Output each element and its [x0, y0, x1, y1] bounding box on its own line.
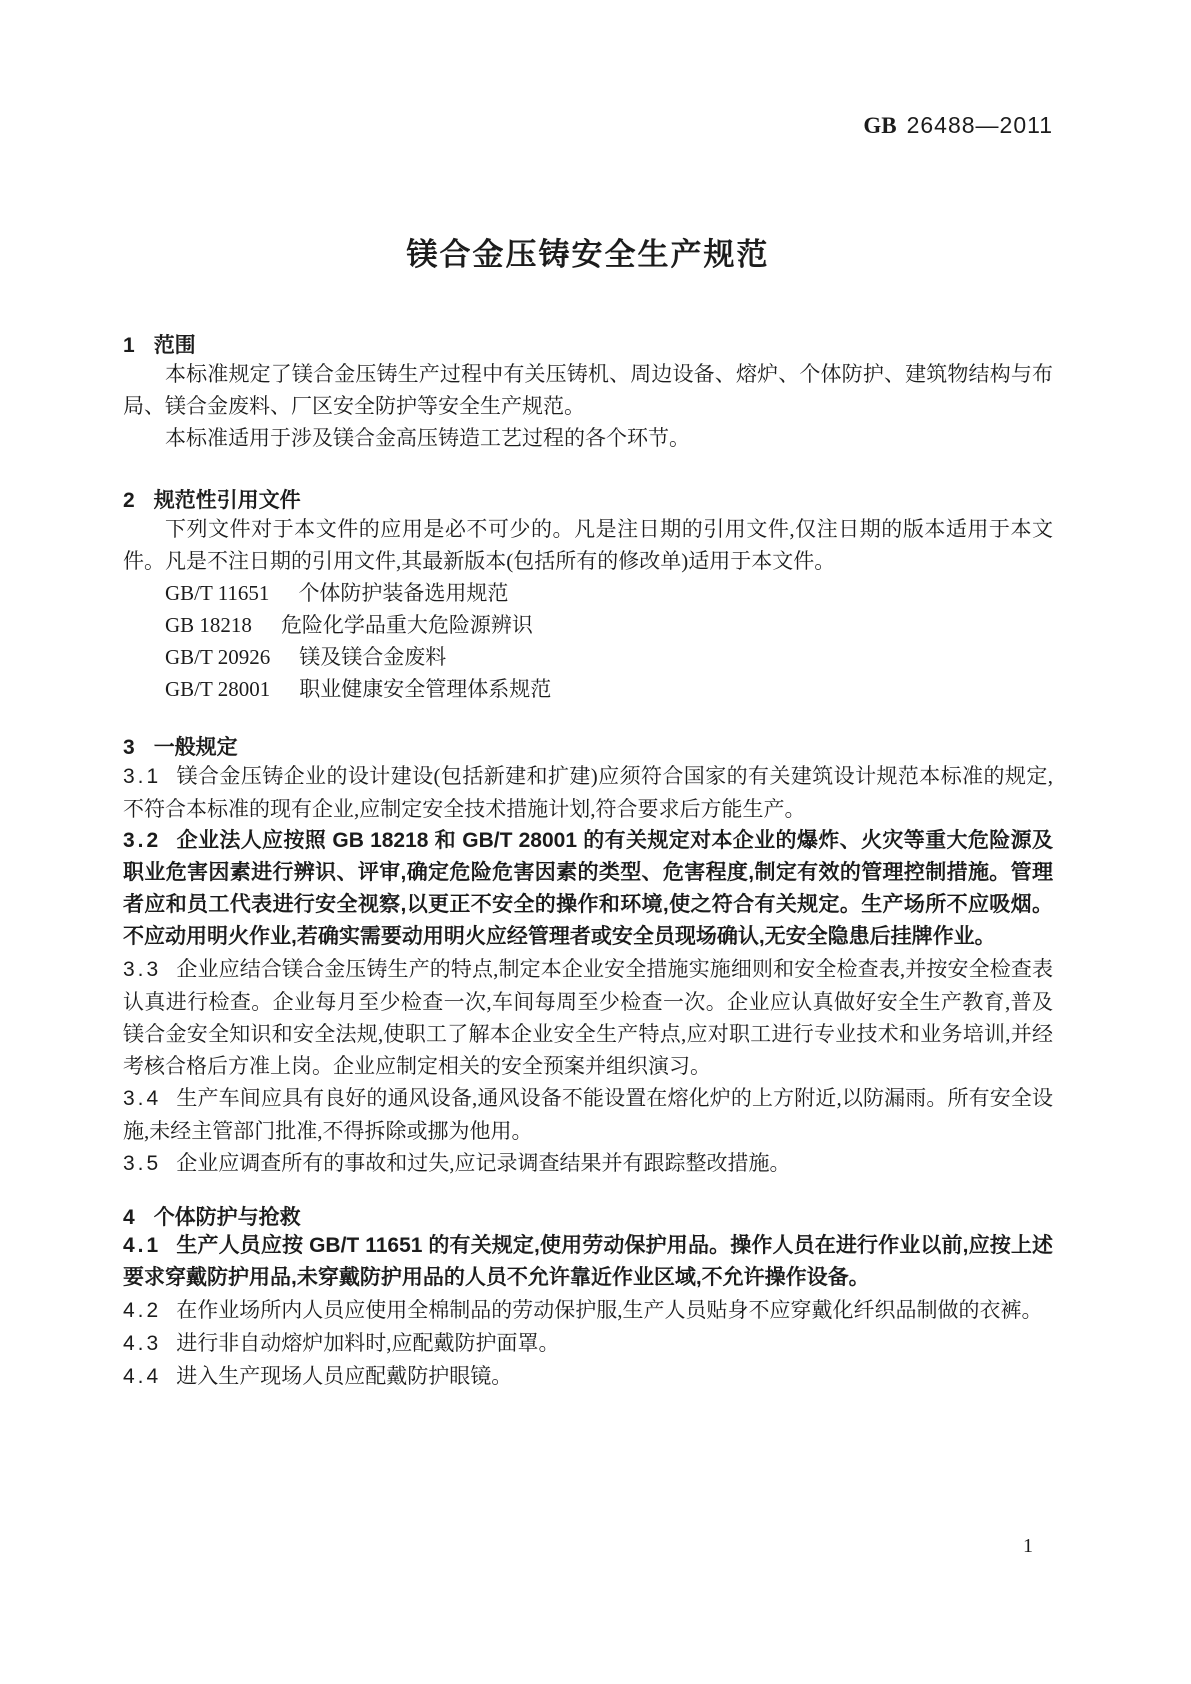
section-title: 一般规定	[154, 736, 238, 759]
clause-number: 4.3	[123, 1332, 161, 1355]
clause-number: 3.5	[123, 1152, 161, 1175]
clause-text: 企业法人应按照 GB 18218 和 GB/T 28001 的有关规定对本企业的…	[123, 829, 1053, 948]
section-number: 4	[123, 1206, 135, 1229]
clause-3-5: 3.5企业应调查所有的事故和过失,应记录调查结果并有跟踪整改措施。	[123, 1147, 1053, 1180]
standard-code-number: 26488—2011	[907, 112, 1053, 138]
clause-4-4: 4.4进入生产现场人员应配戴防护眼镜。	[123, 1360, 1053, 1393]
section-heading-personal-protection: 4个体防护与抢救	[123, 1206, 1053, 1230]
section-title: 规范性引用文件	[154, 489, 301, 512]
reference-title: 镁及镁合金废料	[299, 645, 446, 669]
reference-title: 个体防护装备选用规范	[298, 581, 508, 605]
clause-3-1: 3.1镁合金压铸企业的设计建设(包括新建和扩建)应须符合国家的有关建筑设计规范本…	[123, 760, 1053, 825]
reference-title: 职业健康安全管理体系规范	[299, 677, 551, 701]
reference-item: GB/T 11651个体防护装备选用规范	[123, 577, 1053, 609]
page-content: GB26488—2011 镁合金压铸安全生产规范 1范围 本标准规定了镁合金压铸…	[0, 0, 1191, 1684]
clause-number: 3.3	[123, 958, 161, 981]
clause-3-2: 3.2企业法人应按照 GB 18218 和 GB/T 28001 的有关规定对本…	[123, 825, 1053, 953]
clause-4-2: 4.2在作业场所内人员应使用全棉制品的劳动保护服,生产人员贴身不应穿戴化纤织品制…	[123, 1294, 1053, 1327]
reference-code: GB/T 28001	[165, 677, 270, 701]
section-number: 2	[123, 489, 135, 512]
document-title: 镁合金压铸安全生产规范	[123, 233, 1053, 277]
clause-3-4: 3.4生产车间应具有良好的通风设备,通风设备不能设置在熔化炉的上方附近,以防漏雨…	[123, 1082, 1053, 1147]
clause-number: 3.4	[123, 1087, 161, 1110]
clause-text: 镁合金压铸企业的设计建设(包括新建和扩建)应须符合国家的有关建筑设计规范本标准的…	[123, 764, 1053, 821]
document-page: GB26488—2011 镁合金压铸安全生产规范 1范围 本标准规定了镁合金压铸…	[0, 0, 1191, 1684]
section-title: 个体防护与抢救	[154, 1206, 301, 1229]
section-heading-normative-references: 2规范性引用文件	[123, 489, 1053, 513]
section-number: 1	[123, 334, 135, 357]
clause-number: 4.1	[123, 1234, 161, 1257]
reference-title: 危险化学品重大危险源辨识	[281, 613, 533, 637]
reference-item: GB 18218危险化学品重大危险源辨识	[123, 609, 1053, 641]
clause-number: 4.4	[123, 1365, 161, 1388]
reference-item: GB/T 20926镁及镁合金废料	[123, 641, 1053, 673]
clause-text: 进入生产现场人员应配戴防护眼镜。	[176, 1364, 512, 1388]
clause-text: 生产车间应具有良好的通风设备,通风设备不能设置在熔化炉的上方附近,以防漏雨。所有…	[123, 1086, 1053, 1143]
clause-4-1: 4.1生产人员应按 GB/T 11651 的有关规定,使用劳动保护用品。操作人员…	[123, 1230, 1053, 1294]
page-number: 1	[1023, 1534, 1033, 1558]
clause-number: 3.1	[123, 765, 161, 788]
section-title: 范围	[154, 334, 196, 357]
clause-number: 3.2	[123, 829, 161, 852]
reference-code: GB/T 11651	[165, 581, 269, 605]
clause-3-3: 3.3企业应结合镁合金压铸生产的特点,制定本企业安全措施实施细则和安全检查表,并…	[123, 953, 1053, 1082]
paragraph-references-intro: 下列文件对于本文件的应用是必不可少的。凡是注日期的引用文件,仅注日期的版本适用于…	[123, 513, 1053, 577]
clause-text: 进行非自动熔炉加料时,应配戴防护面罩。	[176, 1331, 559, 1355]
clause-number: 4.2	[123, 1299, 161, 1322]
paragraph-scope-2: 本标准适用于涉及镁合金高压铸造工艺过程的各个环节。	[123, 422, 1053, 454]
clause-text: 在作业场所内人员应使用全棉制品的劳动保护服,生产人员贴身不应穿戴化纤织品制做的衣…	[176, 1298, 1042, 1322]
section-heading-general-provisions: 3一般规定	[123, 736, 1053, 760]
clause-text: 企业应调查所有的事故和过失,应记录调查结果并有跟踪整改措施。	[176, 1151, 790, 1175]
section-heading-scope: 1范围	[123, 334, 1053, 358]
reference-item: GB/T 28001职业健康安全管理体系规范	[123, 673, 1053, 705]
clause-text: 企业应结合镁合金压铸生产的特点,制定本企业安全措施实施细则和安全检查表,并按安全…	[123, 957, 1053, 1078]
reference-code: GB/T 20926	[165, 645, 270, 669]
reference-code: GB 18218	[165, 613, 252, 637]
clause-4-3: 4.3进行非自动熔炉加料时,应配戴防护面罩。	[123, 1327, 1053, 1360]
standard-code: GB26488—2011	[123, 112, 1053, 139]
paragraph-scope-1: 本标准规定了镁合金压铸生产过程中有关压铸机、周边设备、熔炉、个体防护、建筑物结构…	[123, 358, 1053, 422]
section-number: 3	[123, 736, 135, 759]
clause-text: 生产人员应按 GB/T 11651 的有关规定,使用劳动保护用品。操作人员在进行…	[123, 1234, 1053, 1289]
standard-code-prefix: GB	[863, 113, 896, 138]
